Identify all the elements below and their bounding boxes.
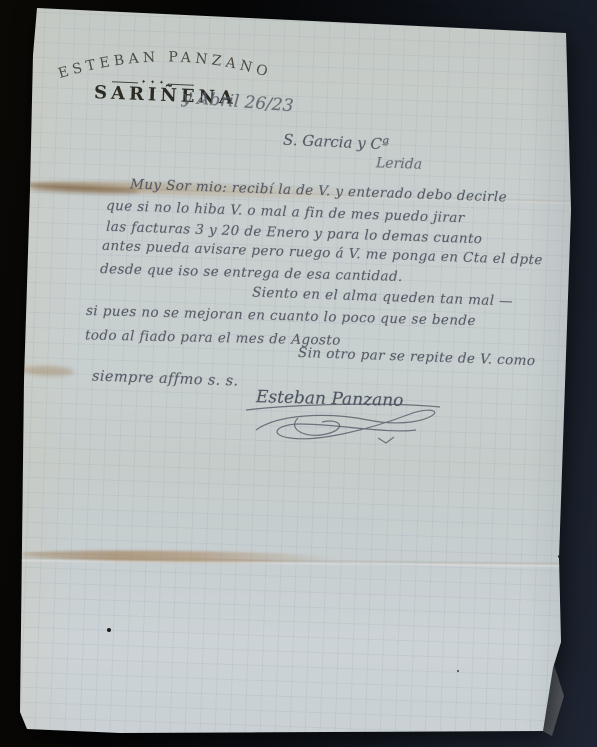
ink-speck: [107, 628, 111, 632]
edge-notch: [18, 556, 22, 560]
edge-stain-left: [22, 365, 74, 377]
place-line: Lerida: [376, 155, 423, 173]
body-line: siempre affmo s. s.: [92, 368, 239, 389]
signature-flourish: [238, 400, 450, 450]
body-line: desde que iso se entrega de esa cantidad…: [100, 261, 403, 285]
body-line: Sin otro par se repite de V. como: [298, 345, 536, 369]
ink-speck: [457, 670, 459, 672]
addressee-line: S. Garcia y Cª: [283, 131, 390, 154]
paper-wrap: ESTEBAN PANZANO ✦ ✦ ✦ SARIÑENA y Abril 2…: [0, 0, 597, 747]
handwritten-date: y Abril 26/23: [181, 88, 294, 117]
fold-stain-bottom: [20, 549, 342, 564]
fold-stain-top-core: [28, 184, 140, 195]
letter-paper: ESTEBAN PANZANO ✦ ✦ ✦ SARIÑENA y Abril 2…: [0, 0, 597, 747]
letter-photo: ESTEBAN PANZANO ✦ ✦ ✦ SARIÑENA y Abril 2…: [0, 0, 597, 747]
edge-notch: [558, 555, 562, 558]
fold-crease-bottom: [18, 557, 566, 567]
body-line: Siento en el alma queden tan mal —: [252, 284, 514, 309]
body-line: si pues no se mejoran en cuanto lo poco …: [86, 303, 476, 329]
